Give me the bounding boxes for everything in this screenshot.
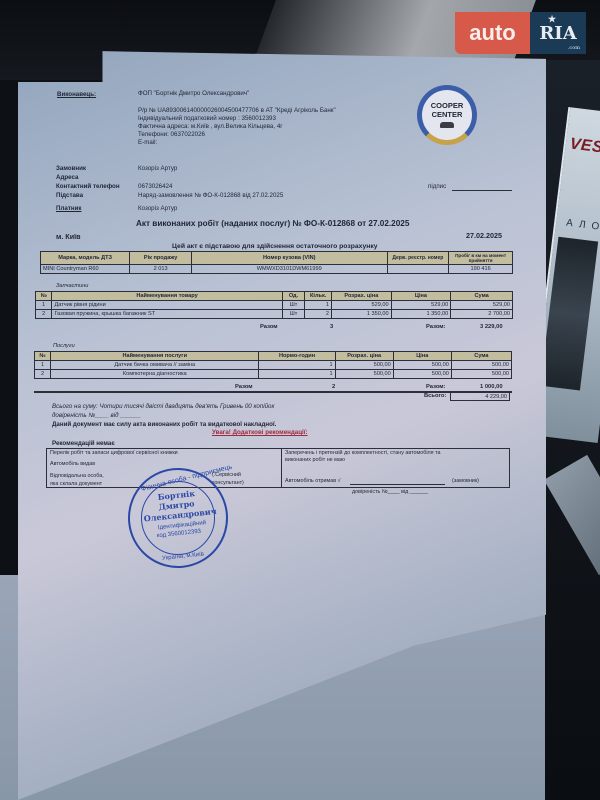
parts-header: Ціна: [391, 292, 451, 301]
cell: 1 350,00: [391, 310, 451, 319]
basis-value: Наряд-замовлення № ФО-К-012868 від 27.02…: [138, 193, 283, 199]
cell: 500,00: [451, 370, 511, 379]
services-total-sum-label: Разом:: [426, 385, 446, 391]
recs-right-1: Заперечень і претензій до комплектності,…: [285, 451, 441, 456]
sum-in-words: Всього на суму: Чотири тисячі двісті два…: [52, 404, 274, 410]
power-of-attorney: довіреність №____ від ______: [52, 413, 141, 419]
services-table: № Найменування послуги Нормо-годин Розра…: [34, 351, 512, 379]
table-row: 1 Датчик рівня рідини Шт 1 529,00 529,00…: [36, 301, 513, 310]
vehicle-header: Пробіг в км на момент прийняття: [449, 252, 513, 265]
recs-left-2: Автомобіль видав: [50, 462, 95, 467]
watermark-domain: .com: [568, 45, 580, 51]
cell: 529,00: [332, 301, 392, 310]
cell: 2: [305, 310, 332, 319]
account: Р/р № UA893006140000026004500477706 в АТ…: [138, 108, 336, 114]
cell: Газовая пружина, крышка багажник ST: [52, 310, 282, 319]
vehicle-header: Марка, модель ДТЗ: [41, 252, 130, 265]
services-total-sum: 1 000,00: [480, 385, 503, 391]
act-title: Акт виконаних робіт (наданих послуг) № Ф…: [136, 220, 409, 228]
signature-line: [452, 190, 512, 191]
contractor-name: ФОП "Бортнік Дмитро Олександрович": [138, 91, 249, 97]
act-date: 27.02.2025: [466, 232, 502, 239]
grand-total: 4 229,00: [485, 394, 507, 400]
payer-value: Козоріз Артур: [138, 206, 177, 212]
receiver-sign-line: [350, 484, 445, 485]
vehicle-cell: 190 416: [449, 265, 513, 274]
grand-total-label: Всього:: [424, 394, 446, 400]
parts-header: Найменування товару: [52, 292, 282, 301]
parts-section-label: Запчастини: [56, 284, 88, 290]
cell: 500,00: [393, 370, 451, 379]
phone-label: Контактний телефон: [56, 184, 120, 190]
payer-label: Платник: [56, 206, 82, 212]
grand-total-box: 4 229,00: [450, 392, 510, 401]
vehicle-header: Держ. реєстр. номер: [387, 252, 449, 265]
address: Фактична адреса: м.Київ , вул.Велика Кіл…: [138, 124, 283, 130]
signature-label: підпис: [428, 184, 446, 190]
cell: 1: [36, 301, 52, 310]
cell: 1: [35, 361, 51, 370]
cell: 1 350,00: [332, 310, 392, 319]
vehicle-header: Рік продажу: [130, 252, 192, 265]
cell: 529,00: [391, 301, 451, 310]
phone-value: 0673026424: [138, 184, 172, 190]
recs-received: Автомобіль отримав √: [285, 479, 341, 484]
cell: 2 700,00: [451, 310, 513, 319]
parts-table: № Найменування товару Од. Кільк. Розрах.…: [35, 291, 513, 319]
services-header: Нормо-годин: [259, 352, 335, 361]
parts-header: Сума: [451, 292, 513, 301]
recs-left-1: Перелік робіт та запаси цифрової сервісн…: [50, 451, 178, 456]
recs-poa: довіреність №____ від ______: [352, 490, 428, 495]
tax-id: Індивідуальний податковий номер : 356001…: [138, 116, 276, 122]
cell: Компютерна діагностика: [51, 370, 259, 379]
cell: Датчик бачка омивача // заміна: [51, 361, 259, 370]
vehicle-cell: MINI Countryman R60: [41, 265, 130, 274]
parts-total-qty: 3: [330, 325, 333, 331]
watermark-ria: ★ RIA .com: [530, 12, 586, 54]
cell: 1: [305, 301, 332, 310]
customer-label: Замовник: [56, 166, 86, 172]
phones: Телефони: 0637022026: [138, 132, 205, 138]
vehicle-cell: WMWXD3101DWM61999: [191, 265, 387, 274]
recs-left-4: яка склала документ: [50, 482, 102, 487]
recs-left-3: Відповідальна особа,: [50, 474, 104, 479]
autoria-watermark: auto ★ RIA .com: [455, 12, 586, 54]
services-total-qty: 2: [332, 385, 335, 391]
cell: 1: [259, 361, 335, 370]
parts-total-sum: 3 229,00: [480, 325, 503, 331]
cooper-center-logo: COOPER CENTER: [417, 85, 477, 145]
cell: Шт: [282, 310, 305, 319]
table-row: 2 Газовая пружина, крышка багажник ST Шт…: [36, 310, 513, 319]
city: м. Київ: [56, 233, 81, 240]
services-header: Розрах. ціна: [335, 352, 393, 361]
logo-line2: CENTER: [432, 111, 463, 120]
cell: 1: [259, 370, 335, 379]
services-total-label: Разом: [235, 385, 253, 391]
parts-total-sum-label: Разом:: [426, 325, 446, 331]
car-icon: [440, 122, 454, 128]
parts-total-label: Разом: [260, 325, 278, 331]
watermark-ria-text: RIA: [539, 23, 576, 44]
basis-label: Підстава: [56, 193, 83, 199]
parts-header: Од.: [282, 292, 305, 301]
customer-value: Козоріз Артур: [138, 166, 177, 172]
star-icon: ★: [548, 15, 556, 25]
no-recommendations: Рекомендацій немає: [52, 441, 115, 447]
services-header: Сума: [451, 352, 511, 361]
services-header: Найменування послуги: [51, 352, 259, 361]
email: E-mail:: [138, 140, 157, 146]
recs-customer: (замовник): [452, 479, 479, 484]
cell: 500,00: [393, 361, 451, 370]
vehicle-header: Номер кузова (VIN): [191, 252, 387, 265]
cell: Шт: [282, 301, 305, 310]
vehicle-table: Марка, модель ДТЗ Рік продажу Номер кузо…: [40, 251, 513, 274]
cell: 2: [36, 310, 52, 319]
parts-header: №: [36, 292, 52, 301]
cell: 500,00: [335, 370, 393, 379]
services-header: №: [35, 352, 51, 361]
cell: Датчик рівня рідини: [52, 301, 282, 310]
services-header: Ціна: [393, 352, 451, 361]
vehicle-cell: 2 013: [130, 265, 192, 274]
table-row: 1 Датчик бачка омивача // заміна 1 500,0…: [35, 361, 512, 370]
warning: Увага! Додаткові рекомендації:: [212, 430, 308, 436]
table-row: 2 Компютерна діагностика 1 500,00 500,00…: [35, 370, 512, 379]
recs-divider: [281, 449, 282, 487]
vehicle-row: MINI Countryman R60 2 013 WMWXD3101DWM61…: [41, 265, 513, 274]
recs-right-2: виконаних робіт не маю: [285, 458, 345, 463]
cell: 529,00: [451, 301, 513, 310]
watermark-auto: auto: [455, 12, 530, 54]
act-subtitle: Цей акт є підставою для здійснення остат…: [172, 244, 378, 251]
vehicle-cell: [387, 265, 449, 274]
parts-header: Розрах. ціна: [332, 292, 392, 301]
cell: 500,00: [335, 361, 393, 370]
document: Виконавець: ФОП "Бортнік Дмитро Олександ…: [0, 0, 600, 800]
parts-header: Кільк.: [305, 292, 332, 301]
recs-role: (.Сервісний консультант): [212, 472, 268, 487]
cell: 2: [35, 370, 51, 379]
legal-note: Даний документ має силу акта виконаних р…: [52, 422, 276, 428]
services-section-label: Послуги: [53, 344, 75, 350]
cell: 500,00: [451, 361, 511, 370]
address-label: Адреса: [56, 175, 79, 181]
contractor-label: Виконавець:: [57, 92, 96, 98]
